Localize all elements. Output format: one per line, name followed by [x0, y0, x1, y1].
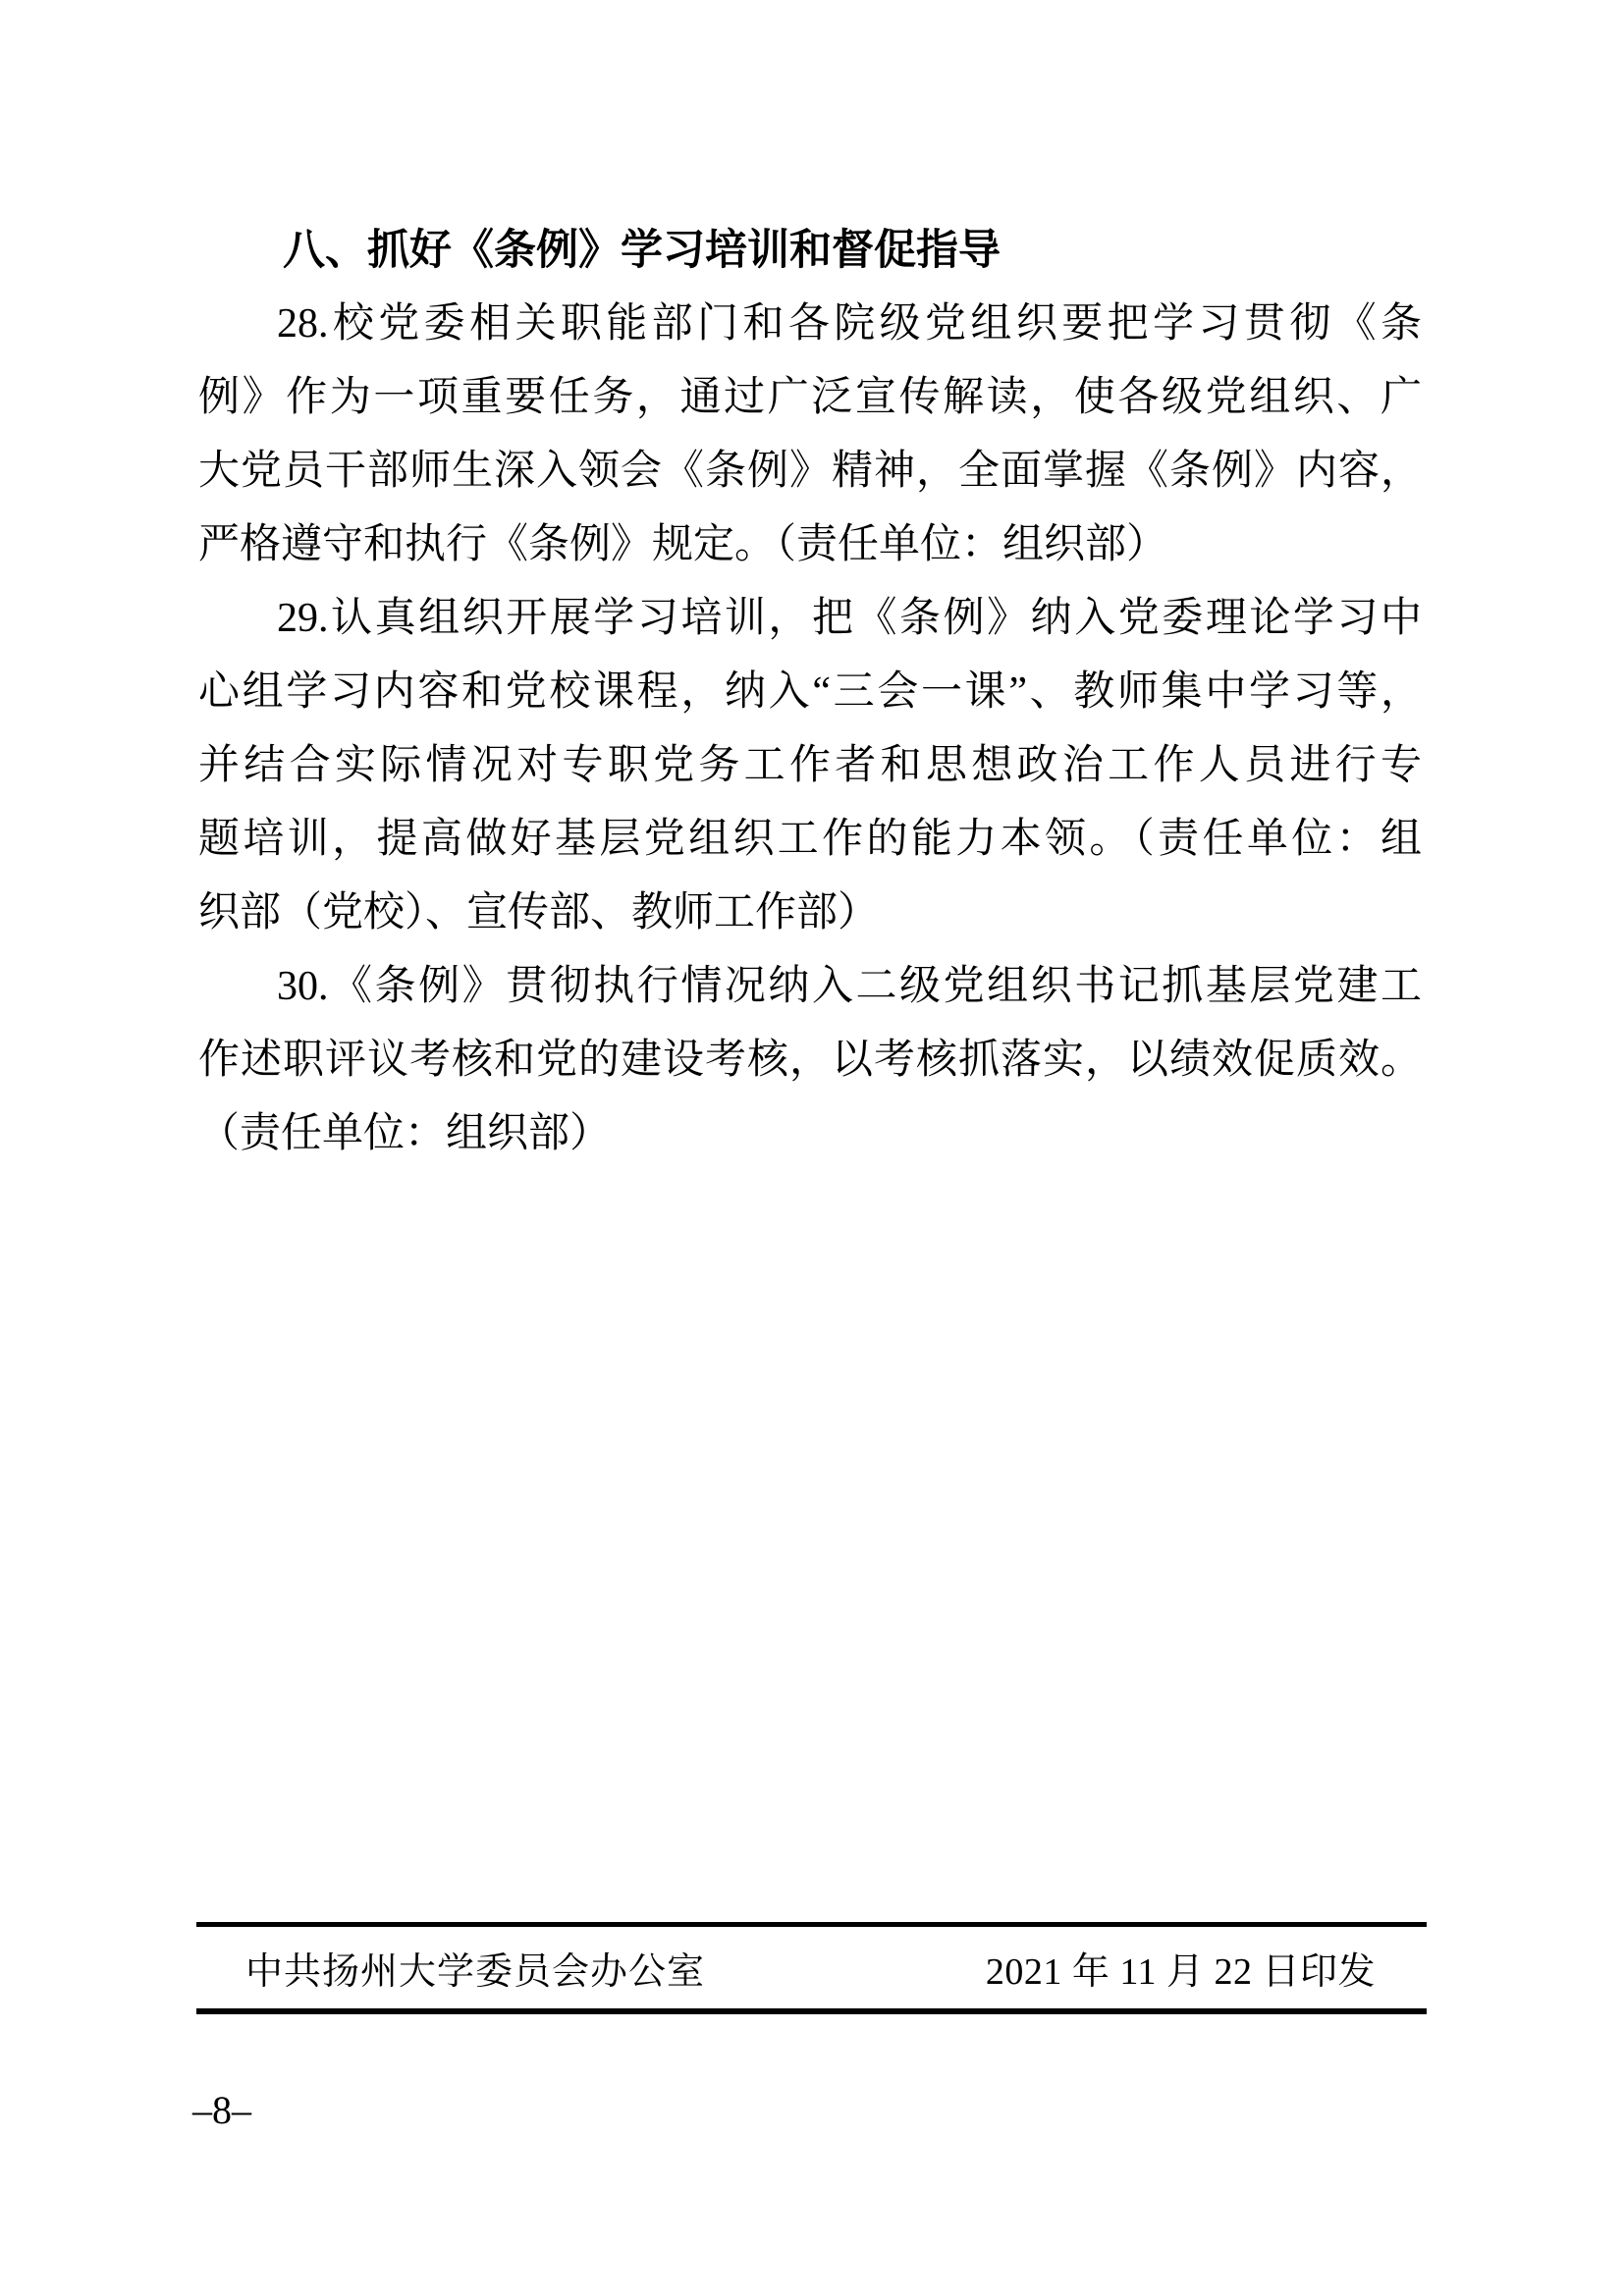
body-text-line: 29.认真组织开展学习培训，把《条例》纳入党委理论学习中 — [198, 582, 1422, 656]
body-text-line: 织部（党校）、宣传部、教师工作部） — [198, 877, 1422, 950]
body-text-line: 题培训，提高做好基层党组织工作的能力本领。（责任单位：组 — [198, 803, 1422, 877]
body-text-line: 并结合实际情况对专职党务工作者和思想政治工作人员进行专 — [198, 729, 1422, 803]
body-text-line: 30.《条例》贯彻执行情况纳入二级党组织书记抓基层党建工 — [198, 950, 1422, 1024]
page-footer: 中共扬州大学委员会办公室 2021 年 11 月 22 日印发 — [196, 1922, 1427, 2014]
body-text-line: 大党员干部师生深入领会《条例》精神，全面掌握《条例》内容， — [198, 435, 1422, 508]
body-lines: 28.校党委相关职能部门和各院级党组织要把学习贯彻《条例》作为一项重要任务，通过… — [198, 288, 1422, 1171]
body-text-line: 严格遵守和执行《条例》规定。（责任单位：组织部） — [198, 508, 1422, 582]
body-text-line: 心组学习内容和党校课程，纳入“三会一课”、教师集中学习等， — [198, 656, 1422, 729]
document-body: 八、抓好《条例》学习培训和督促指导 28.校党委相关职能部门和各院级党组织要把学… — [198, 214, 1422, 1171]
document-page: 八、抓好《条例》学习培训和督促指导 28.校党委相关职能部门和各院级党组织要把学… — [0, 0, 1624, 2296]
issuing-office: 中共扬州大学委员会办公室 — [245, 1941, 705, 1995]
body-text-line: 作述职评议考核和党的建设考核，以考核抓落实，以绩效促质效。 — [198, 1024, 1422, 1097]
page-number: –8– — [192, 2087, 251, 2133]
body-text-line: 28.校党委相关职能部门和各院级党组织要把学习贯彻《条 — [198, 288, 1422, 361]
body-text-line: （责任单位：组织部） — [198, 1097, 1422, 1171]
footer-row: 中共扬州大学委员会办公室 2021 年 11 月 22 日印发 — [196, 1927, 1427, 2008]
footer-bottom-rule — [196, 2008, 1427, 2014]
body-text-line: 例》作为一项重要任务，通过广泛宣传解读，使各级党组织、广 — [198, 361, 1422, 435]
section-heading: 八、抓好《条例》学习培训和督促指导 — [198, 214, 1422, 288]
print-date: 2021 年 11 月 22 日印发 — [986, 1941, 1376, 1995]
